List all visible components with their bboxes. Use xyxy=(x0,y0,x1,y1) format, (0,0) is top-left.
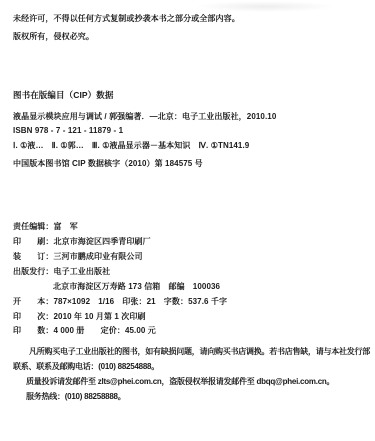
colophon-row-binder: 装 订：三河市鹏成印业有限公司 xyxy=(13,251,143,262)
copyright-notice-line2: 版权所有，侵权必究。 xyxy=(13,31,94,42)
colophon-row-format: 开 本：787×1092 1/16 印张：21 字数：537.6 千字 xyxy=(13,296,227,307)
colophon-row-printer: 印 刷：北京市海淀区四季青印刷厂 xyxy=(13,236,151,247)
colophon-label: 印 刷： xyxy=(13,236,54,247)
copyright-notice-line1: 未经许可，不得以任何方式复制或抄袭本书之部分或全部内容。 xyxy=(13,13,240,24)
colophon-row-address: 北京市海淀区万寿路 173 信箱 邮编 100036 xyxy=(13,281,220,292)
colophon-value: 电子工业出版社 xyxy=(54,267,111,276)
colophon-value: 787×1092 1/16 印张：21 字数：537.6 千字 xyxy=(54,297,228,306)
colophon-value: 富 军 xyxy=(54,222,78,231)
colophon-label: 开 本： xyxy=(13,296,54,307)
colophon-label: 印 数： xyxy=(13,325,54,336)
book-title-line: 液晶显示模块应用与调试 / 郭强编著．—北京：电子工业出版社，2010.10 xyxy=(13,111,276,122)
isbn-line: ISBN 978 - 7 - 121 - 11879 - 1 xyxy=(13,125,123,136)
scan-smudge xyxy=(195,1,335,12)
colophon-label: 出版发行： xyxy=(13,266,54,277)
colophon-row-printrun-price: 印 数：4 000 册 定价：45.00 元 xyxy=(13,325,156,336)
colophon-label: 印 次： xyxy=(13,311,54,322)
colophon-value: 2010 年 10 月第 1 次印刷 xyxy=(54,312,146,321)
footer-purchase-line2: 联系、联系及邮购电话：(010) 88254888。 xyxy=(13,361,159,372)
footer-complaint-line: 质量投诉请发邮件至 zlts@phei.com.cn，盗版侵权举报请发邮件至 d… xyxy=(26,376,334,387)
cip-classification-line: Ⅰ. ①液… Ⅱ. ①郭… Ⅲ. ①液晶显示器－基本知识 Ⅳ. ①TN141.9 xyxy=(13,140,249,151)
colophon-row-publisher: 出版发行：电子工业出版社 xyxy=(13,266,110,277)
colophon-value: 北京市海淀区四季青印刷厂 xyxy=(54,237,151,246)
colophon-value: 4 000 册 定价：45.00 元 xyxy=(54,326,156,335)
colophon-value: 北京市海淀区万寿路 173 信箱 邮编 100036 xyxy=(53,282,220,291)
cip-record-line: 中国版本图书馆 CIP 数据核字（2010）第 184575 号 xyxy=(13,158,203,169)
colophon-row-impression: 印 次：2010 年 10 月第 1 次印刷 xyxy=(13,311,146,322)
colophon-label: 装 订： xyxy=(13,251,54,262)
colophon-value: 三河市鹏成印业有限公司 xyxy=(54,252,143,261)
footer-purchase-line1: 凡所购买电子工业出版社的图书，如有缺损问题，请向购买书店调换。若书店售缺，请与本… xyxy=(29,346,370,357)
cip-header: 图书在版编目（CIP）数据 xyxy=(13,90,113,101)
colophon-row-editor: 责任编辑：富 军 xyxy=(13,221,78,232)
colophon-label: 责任编辑： xyxy=(13,221,54,232)
footer-hotline-line: 服务热线：(010) 88258888。 xyxy=(26,391,126,402)
copyright-page: 未经许可，不得以任何方式复制或抄袭本书之部分或全部内容。 版权所有，侵权必究。 … xyxy=(0,0,375,441)
